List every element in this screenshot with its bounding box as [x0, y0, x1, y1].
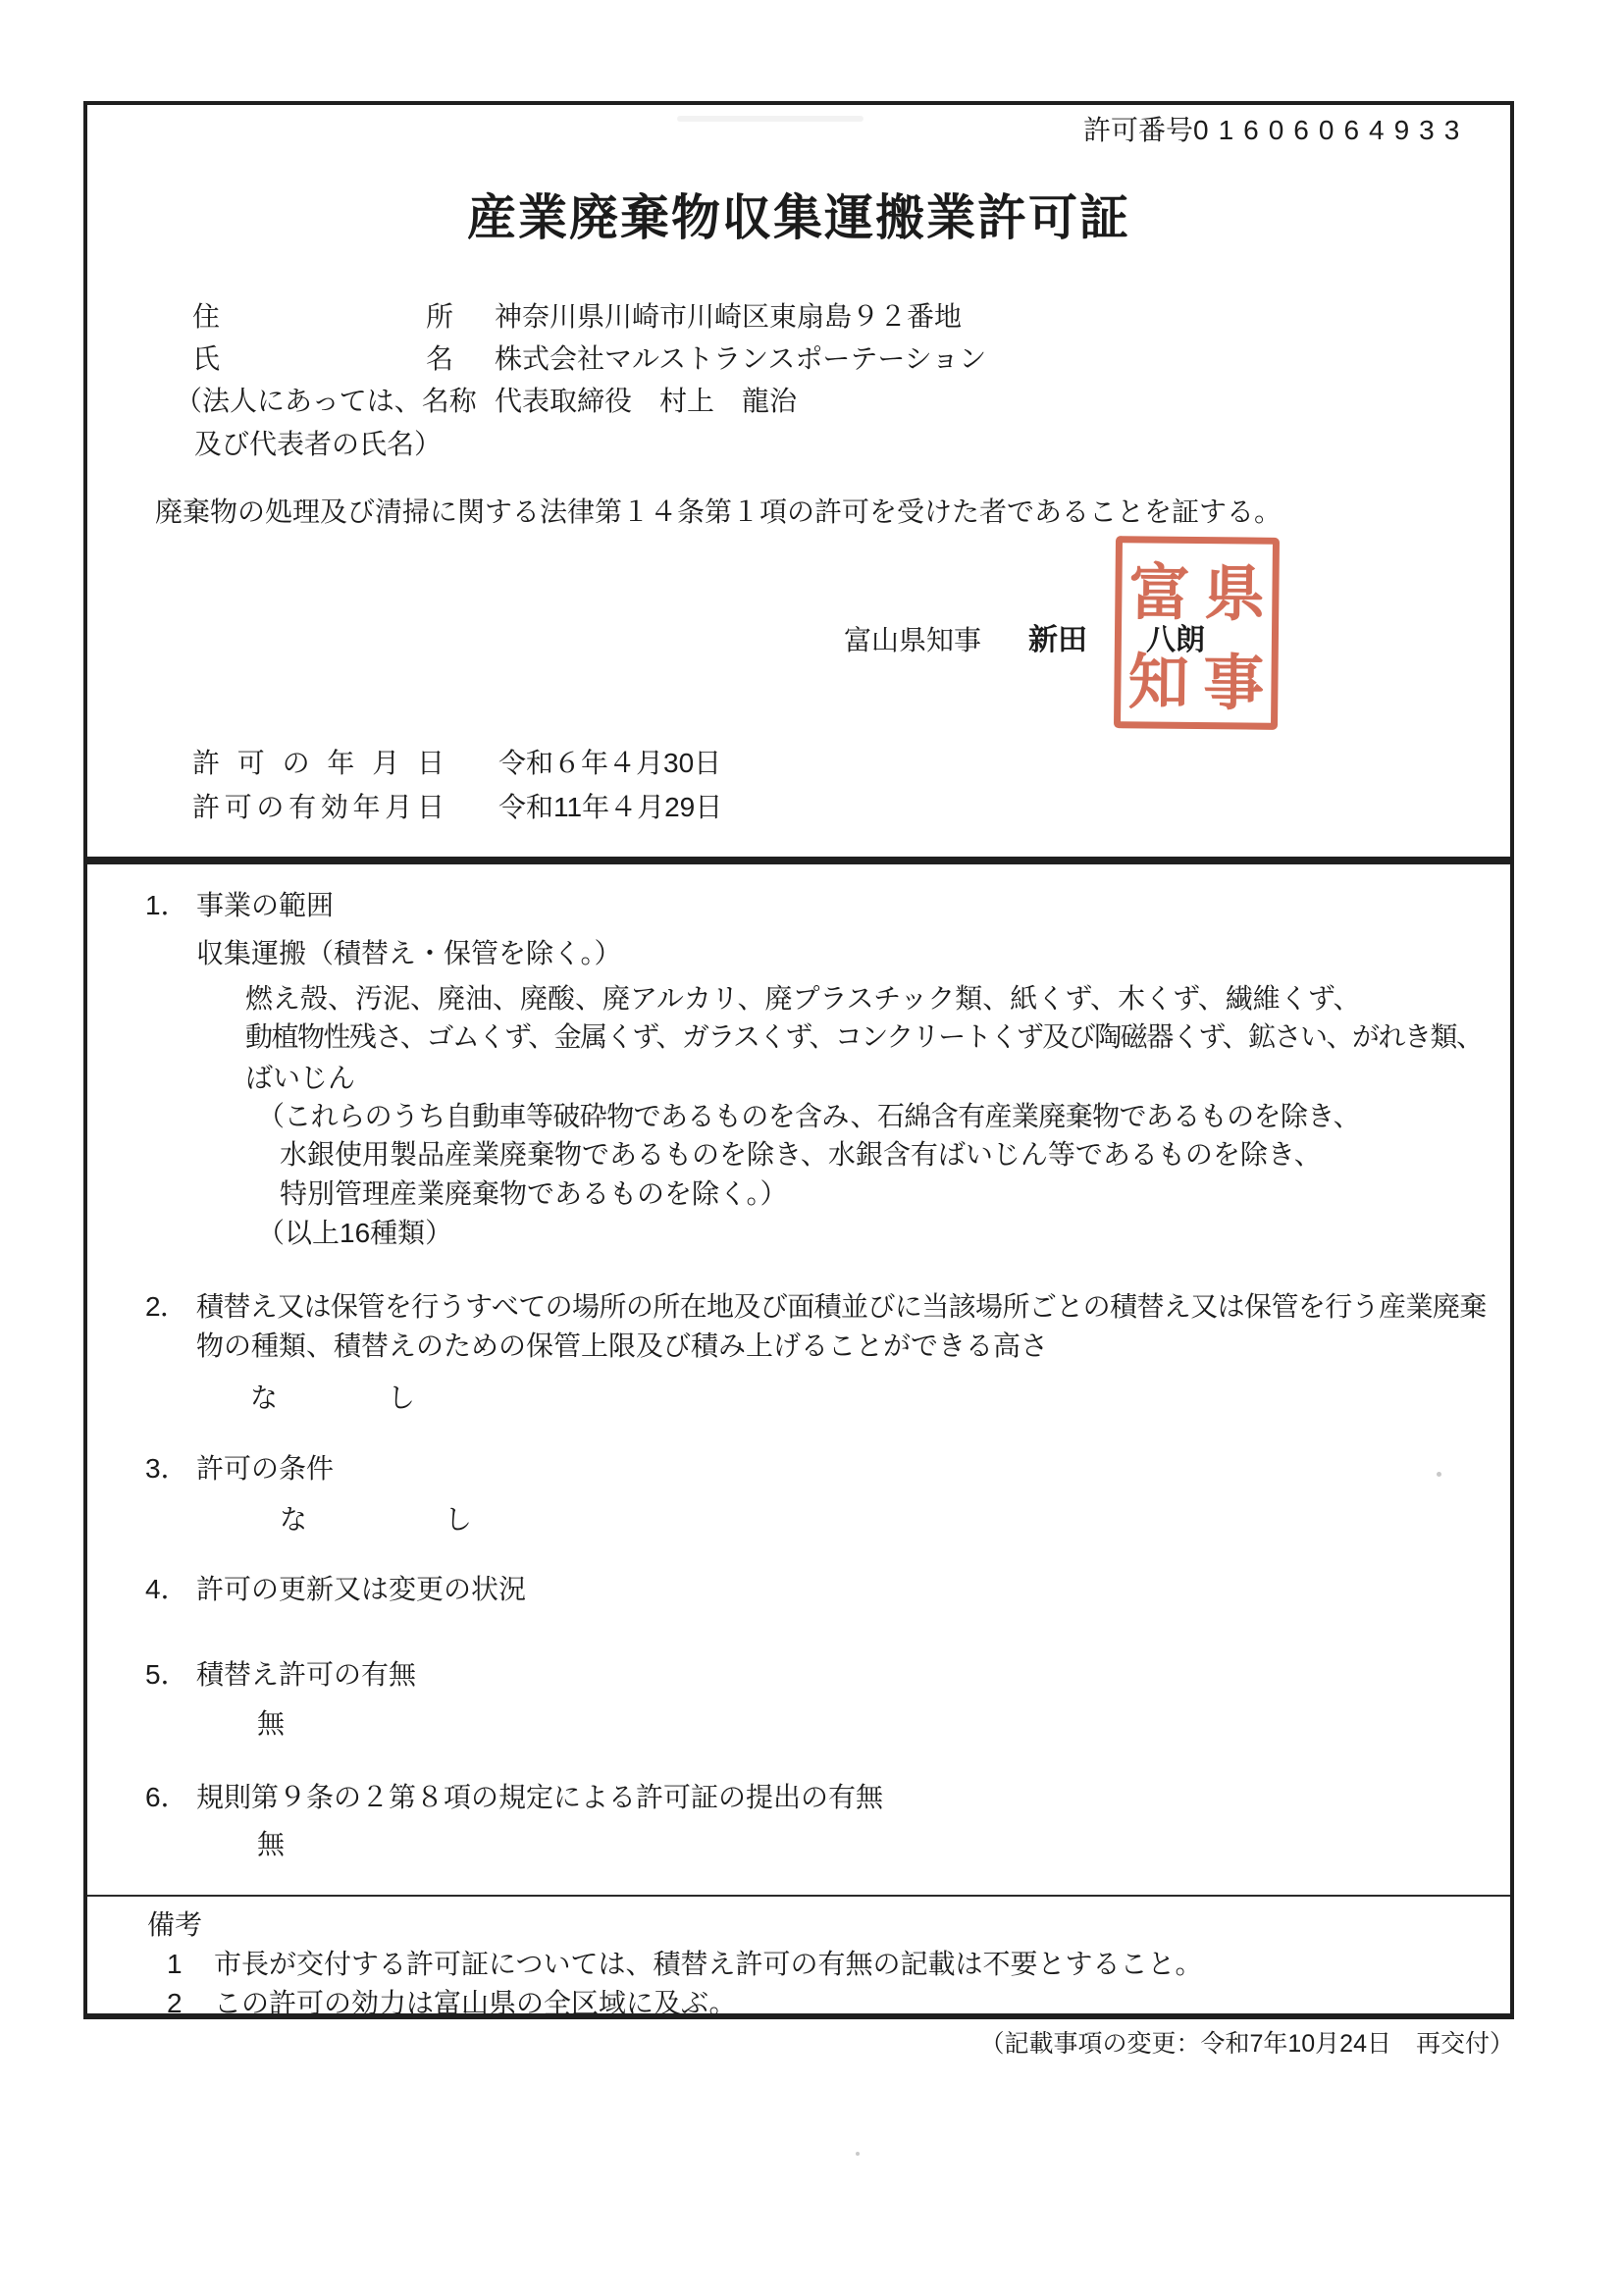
- scan-speck: [1437, 1472, 1441, 1477]
- section-title: 規則第９条の２第８項の規定による許可証の提出の有無: [196, 1782, 883, 1812]
- section-number: 6．: [145, 1781, 196, 1814]
- permit-number: 許可番号01606064933: [1083, 114, 1469, 147]
- granted-date-label: 許可の年月日: [192, 747, 445, 780]
- section-5-value: 無: [257, 1707, 285, 1741]
- remarks-item-number: 1: [167, 1948, 214, 1981]
- section-number: 3．: [145, 1452, 196, 1486]
- permit-document: 許可番号01606064933 産業廃棄物収集運搬業許可証 住所 神奈川県川崎市…: [0, 0, 1623, 2296]
- permit-number-value: 01606064933: [1193, 115, 1469, 145]
- granted-date-value: 令和６年４月30日: [498, 747, 721, 780]
- governor-seal-stamp: 富 県 知 事: [1114, 536, 1280, 730]
- section-title: 許可の条件: [196, 1453, 334, 1484]
- seal-char: 富: [1122, 543, 1197, 633]
- scope-line: 動植物性残さ、ゴムくず、金属くず、ガラスくず、コンクリートくず及び陶磁器くず、鉱…: [245, 1020, 1483, 1054]
- corp-note-line1: （法人にあっては、名称: [175, 385, 477, 418]
- remarks-item-text: 市長が交付する許可証については、積替え許可の有無の記載は不要とすること。: [214, 1949, 1202, 1979]
- scope-line: 水銀使用製品産業廃棄物であるものを除き、水銀含有ばいじん等であるものを除き、: [280, 1138, 1322, 1172]
- remarks-item-text: この許可の効力は富山県の全区域に及ぶ。: [214, 1988, 737, 2018]
- section-3-heading: 3．許可の条件: [145, 1452, 334, 1486]
- certifying-statement: 廃棄物の処理及び清掃に関する法律第１４条第１項の許可を受けた者であることを証する…: [155, 496, 1282, 529]
- remarks-item: 2この許可の効力は富山県の全区域に及ぶ。: [167, 1987, 737, 2020]
- section-6-heading: 6．規則第９条の２第８項の規定による許可証の提出の有無: [145, 1781, 883, 1814]
- address-label: 住所: [192, 300, 453, 334]
- name-label: 氏名: [192, 342, 453, 376]
- address-value: 神奈川県川崎市川崎区東扇島９２番地: [495, 300, 962, 334]
- scope-line: 収集運搬（積替え・保管を除く。）: [196, 937, 621, 970]
- section-title: 積替え又は保管を行うすべての場所の所在地及び面積並びに当該場所ごとの積替え又は保…: [196, 1291, 1487, 1322]
- remarks-label: 備考: [147, 1908, 202, 1942]
- scope-line: ばいじん: [245, 1062, 355, 1095]
- scope-line: 燃え殻、汚泥、廃油、廃酸、廃アルカリ、廃プラスチック類、紙くず、木くず、繊維くず…: [245, 982, 1361, 1016]
- section-6-value: 無: [257, 1828, 285, 1861]
- document-title: 産業廃棄物収集運搬業許可証: [83, 188, 1514, 247]
- scope-line: （以上16種類）: [257, 1217, 452, 1250]
- corp-note-line2: 及び代表者の氏名）: [194, 428, 442, 461]
- section-2-heading: 2．積替え又は保管を行うすべての場所の所在地及び面積並びに当該場所ごとの積替え又…: [145, 1290, 1487, 1324]
- issuer-title: 富山県知事: [844, 625, 981, 655]
- section-number: 2．: [145, 1290, 196, 1324]
- section-2-value: な し: [250, 1382, 415, 1415]
- valid-date-value: 令和11年４月29日: [498, 791, 722, 824]
- scan-speck: [856, 2152, 860, 2156]
- reissue-note: （記載事項の変更：令和7年10月24日 再交付）: [83, 2027, 1514, 2061]
- section-2-heading-cont: 物の種類、積替えのための保管上限及び積み上げることができる高さ: [196, 1330, 1048, 1363]
- section-title: 許可の更新又は変更の状況: [196, 1574, 526, 1604]
- section-number: 5．: [145, 1658, 196, 1692]
- name-value: 株式会社マルストランスポーテーション: [495, 342, 986, 376]
- scope-line: （これらのうち自動車等破砕物であるものを含み、石綿含有産業廃棄物であるものを除き…: [257, 1100, 1360, 1133]
- seal-char: 事: [1196, 633, 1272, 723]
- remarks-item: 1市長が交付する許可証については、積替え許可の有無の記載は不要とすること。: [167, 1948, 1202, 1981]
- seal-char: 知: [1121, 632, 1196, 722]
- section-4-heading: 4．許可の更新又は変更の状況: [145, 1573, 526, 1606]
- scan-smudge: [677, 116, 864, 122]
- section-title: 事業の範囲: [196, 890, 334, 920]
- seal-char: 県: [1197, 544, 1273, 634]
- valid-date-label: 許可の有効年月日: [192, 791, 445, 824]
- section-1-heading: 1．事業の範囲: [145, 889, 334, 922]
- permit-number-label: 許可番号: [1083, 115, 1193, 145]
- remarks-item-number: 2: [167, 1987, 214, 2020]
- scope-line: 特別管理産業廃棄物であるものを除く。）: [280, 1177, 787, 1211]
- section-number: 4．: [145, 1573, 196, 1606]
- representative-value: 代表取締役 村上 龍治: [495, 385, 797, 418]
- section-title: 積替え許可の有無: [196, 1659, 416, 1690]
- remarks-divider: [87, 1895, 1510, 1897]
- section-number: 1．: [145, 889, 196, 922]
- section-5-heading: 5．積替え許可の有無: [145, 1658, 416, 1692]
- section-3-value: な し: [280, 1503, 472, 1537]
